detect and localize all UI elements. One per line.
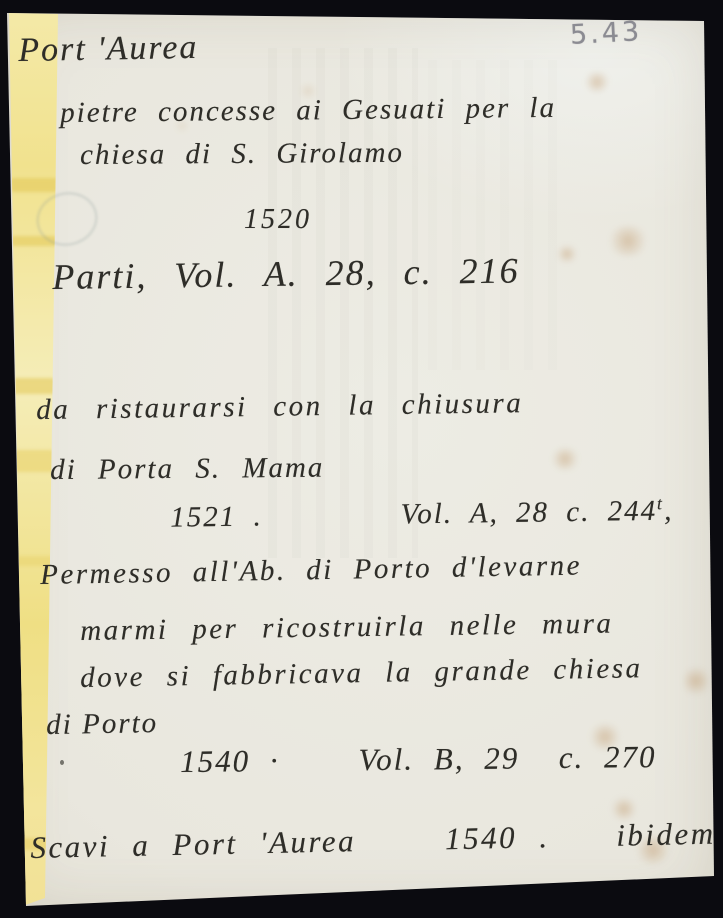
line-chiesa-girolamo: chiesa di S. Girolamo [80,137,404,172]
line-di-porto: di Porto [46,707,158,742]
tape-band [13,450,55,472]
line-title-port-aurea: Port 'Aurea [18,29,199,70]
catalog-number-pencil: 5.43 [569,16,643,51]
foxing-stain [583,72,611,92]
line-dove-si-fabbricava: dove si fabbricava la grande chiesa [80,652,643,695]
tape-band [12,378,56,394]
ref-tail: , [664,495,674,527]
ink-speck [60,760,64,765]
line-marmi-ricostruirla: marmi per ricostruirla nelle mura [80,608,614,648]
foxing-stain [684,664,708,698]
foxing-stain [556,246,578,262]
tape-band [10,178,58,192]
line-da-ristaurarsi: da ristaurarsi con la chiusura [36,387,523,427]
line-year-1520: 1520 [244,204,312,236]
line-pietre-concesse: pietre concesse ai Gesuati per la [60,92,556,130]
foxing-stain [550,448,580,470]
line-permesso-abate: Permesso all'Ab. di Porto d'levarne [40,550,582,592]
line-porta-s-mama: di Porta S. Mama [50,452,324,487]
manuscript-page: 5.43 Port 'Aurea pietre concesse ai Gesu… [0,0,723,918]
line-ref-parti-vol-a28: Parti, Vol. A. 28, c. 216 [52,249,520,298]
line-ref-1521-vol-a28: 1521 . Vol. A, 28 c. 244t, [170,493,674,535]
foxing-stain [606,226,650,256]
photo-frame: 5.43 Port 'Aurea pietre concesse ai Gesu… [0,0,723,918]
line-scavi-port-aurea: Scavi a Port 'Aurea 1540 . ibidem [30,816,716,866]
line-ref-1540-vol-b29: 1540 · Vol. B, 29 c. 270 [180,739,657,780]
ref-main: 1521 . Vol. A, 28 c. 244 [170,495,657,534]
